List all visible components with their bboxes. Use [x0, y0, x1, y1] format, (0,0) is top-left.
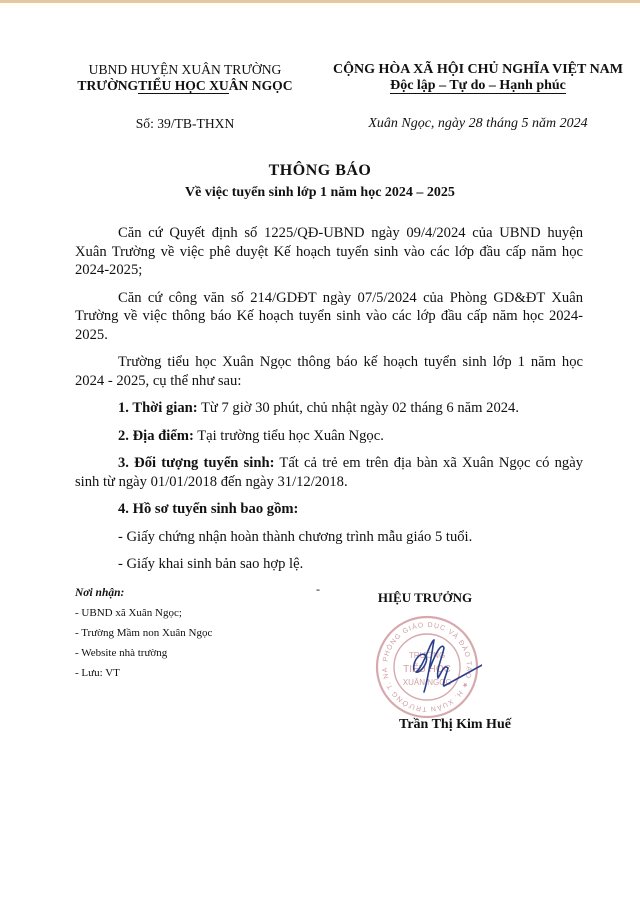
official-stamp-icon: PHÒNG GIÁO DỤC VÀ ĐÀO TẠO ★ H. XUÂN TRƯỜ…: [372, 612, 482, 722]
item-time-text: Từ 7 giờ 30 phút, chủ nhật ngày 02 tháng…: [198, 400, 519, 416]
stray-dash: -: [316, 582, 320, 597]
national-header: CỘNG HÒA XÃ HỘI CHỦ NGHĨA VIỆT NAM Độc l…: [328, 62, 628, 94]
recipient-item: - Lưu: VT: [75, 663, 315, 683]
item-documents-label: 4. Hồ sơ tuyển sinh bao gồm:: [118, 501, 298, 517]
document-number: Số: 39/TB-THXN: [60, 116, 310, 132]
signer-title: HIỆU TRƯỞNG: [365, 590, 485, 606]
nation-name: CỘNG HÒA XÃ HỘI CHỦ NGHĨA VIỆT NAM: [328, 62, 628, 78]
school-prefix: TRƯỜNG: [77, 78, 138, 93]
signer-name: Trần Thị Kim Huế: [385, 717, 525, 733]
item-documents: 4. Hồ sơ tuyển sinh bao gồm:: [75, 500, 583, 519]
recipient-item: - Trường Mầm non Xuân Ngọc: [75, 623, 315, 643]
document-body: Căn cứ Quyết định số 1225/QĐ-UBND ngày 0…: [75, 224, 583, 583]
legal-basis-2: Căn cứ công văn số 214/GDĐT ngày 07/5/20…: [75, 289, 583, 345]
item-time-label: 1. Thời gian:: [118, 400, 198, 416]
legal-basis-1: Căn cứ Quyết định số 1225/QĐ-UBND ngày 0…: [75, 224, 583, 280]
item-location: 2. Địa điểm: Tại trường tiểu học Xuân Ng…: [75, 427, 583, 446]
recipients-block: Nơi nhận: - UBND xã Xuân Ngọc; - Trường …: [75, 583, 315, 683]
announcement-intro: Trường tiểu học Xuân Ngọc thông báo kế h…: [75, 353, 583, 390]
national-motto: Độc lập – Tự do – Hạnh phúc: [328, 78, 628, 94]
required-document: - Giấy chứng nhận hoàn thành chương trìn…: [75, 528, 583, 547]
recipient-item: - Website nhà trường: [75, 643, 315, 663]
school-underlined: TIỂU HỌC XU: [138, 78, 229, 94]
item-eligibility: 3. Đối tượng tuyển sinh: Tất cả trẻ em t…: [75, 454, 583, 491]
issuer-school: TRƯỜNGTIỂU HỌC XUÂN NGỌC: [60, 78, 310, 94]
required-document: - Giấy khai sinh bản sao hợp lệ.: [75, 555, 583, 574]
item-eligibility-label: 3. Đối tượng tuyển sinh:: [118, 455, 274, 471]
issuer-authority: UBND HUYỆN XUÂN TRƯỜNG: [60, 62, 310, 78]
item-location-text: Tại trường tiểu học Xuân Ngọc.: [194, 428, 384, 444]
item-time: 1. Thời gian: Từ 7 giờ 30 phút, chủ nhật…: [75, 399, 583, 418]
document-title: THÔNG BÁO: [0, 162, 640, 180]
place-date: Xuân Ngọc, ngày 28 tháng 5 năm 2024: [328, 116, 628, 132]
recipients-title: Nơi nhận:: [75, 583, 315, 603]
recipient-item: - UBND xã Xuân Ngọc;: [75, 603, 315, 623]
issuer-header: UBND HUYỆN XUÂN TRƯỜNG TRƯỜNGTIỂU HỌC XU…: [60, 62, 310, 94]
school-suffix: ÂN NGỌC: [229, 78, 293, 93]
document-subtitle: Về việc tuyển sinh lớp 1 năm học 2024 – …: [0, 185, 640, 201]
item-location-label: 2. Địa điểm:: [118, 428, 194, 444]
page-top-shade: [0, 3, 640, 11]
